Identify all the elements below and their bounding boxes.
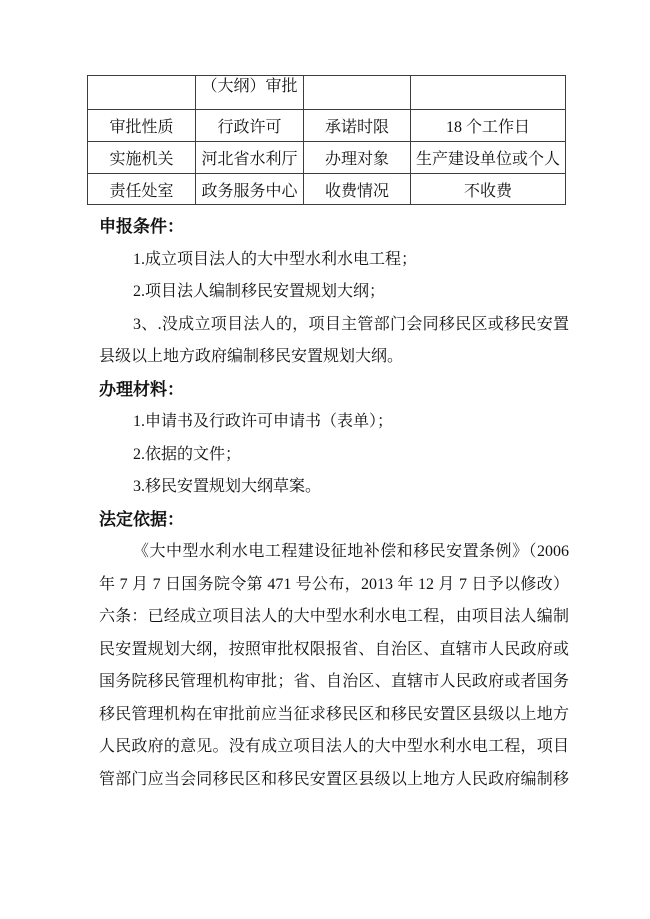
label-fee-status: 收费情况 <box>304 174 411 205</box>
heading-legal-basis: 法定依据： <box>99 504 569 537</box>
legal-basis-line-7: 人民政府的意见。没有成立项目法人的大中型水利水电工程，项目主 <box>99 731 569 764</box>
document-page: （大纲）审批 审批性质 行政许可 承诺时限 18 个工作日 实施机关 河北省水利… <box>0 0 650 919</box>
condition-item-1: 1.成立项目法人的大中型水利水电工程； <box>99 244 569 277</box>
cell-empty <box>304 76 411 110</box>
value-promised-time-limit: 18 个工作日 <box>411 110 566 142</box>
material-item-3: 3.移民安置规划大纲草案。 <box>99 471 569 504</box>
label-approval-nature: 审批性质 <box>88 110 196 142</box>
material-item-2: 2.依据的文件； <box>99 439 569 472</box>
label-implementing-agency: 实施机关 <box>88 142 196 174</box>
condition-item-3-line-1: 3、.没成立项目法人的，项目主管部门会同移民区或移民安置区 <box>99 309 569 342</box>
table-row-responsible-office: 责任处室 政务服务中心 收费情况 不收费 <box>88 174 566 205</box>
legal-basis-line-6: 移民管理机构在审批前应当征求移民区和移民安置区县级以上地方 <box>99 699 569 732</box>
legal-basis-line-2: 年 7 月 7 日国务院令第 471 号公布，2013 年 12 月 7 日予以… <box>99 569 569 602</box>
label-promised-time-limit: 承诺时限 <box>304 110 411 142</box>
table-row-approval-nature: 审批性质 行政许可 承诺时限 18 个工作日 <box>88 110 566 142</box>
legal-basis-line-1: 《大中型水利水电工程建设征地补偿和移民安置条例》（2006 <box>99 536 569 569</box>
value-implementing-agency: 河北省水利厅 <box>196 142 304 174</box>
legal-basis-line-8: 管部门应当会同移民区和移民安置区县级以上地方人民政府编制移 <box>99 764 569 797</box>
cell-empty <box>411 76 566 110</box>
material-item-1: 1.申请书及行政许可申请书（表单）； <box>99 406 569 439</box>
value-approval-nature: 行政许可 <box>196 110 304 142</box>
value-fee-status: 不收费 <box>411 174 566 205</box>
condition-item-3-line-2: 县级以上地方政府编制移民安置规划大纲。 <box>99 341 569 374</box>
legal-basis-line-3: 六条：已经成立项目法人的大中型水利水电工程，由项目法人编制移 <box>99 601 569 634</box>
table-row-implementing-agency: 实施机关 河北省水利厅 办理对象 生产建设单位或个人 <box>88 142 566 174</box>
heading-application-conditions: 申报条件： <box>99 211 569 244</box>
value-responsible-office: 政务服务中心 <box>196 174 304 205</box>
label-service-target: 办理对象 <box>304 142 411 174</box>
approval-info-table: （大纲）审批 审批性质 行政许可 承诺时限 18 个工作日 实施机关 河北省水利… <box>87 75 566 205</box>
table-row-item-name: （大纲）审批 <box>88 76 566 110</box>
condition-item-2: 2.项目法人编制移民安置规划大纲； <box>99 276 569 309</box>
legal-basis-line-5: 国务院移民管理机构审批；省、自治区、直辖市人民政府或者国务院 <box>99 666 569 699</box>
document-body: 申报条件： 1.成立项目法人的大中型水利水电工程； 2.项目法人编制移民安置规划… <box>99 211 569 796</box>
legal-basis-line-4: 民安置规划大纲，按照审批权限报省、自治区、直辖市人民政府或者 <box>99 634 569 667</box>
cell-item-name-continuation: （大纲）审批 <box>196 76 304 110</box>
value-service-target: 生产建设单位或个人 <box>411 142 566 174</box>
heading-required-materials: 办理材料： <box>99 374 569 407</box>
label-responsible-office: 责任处室 <box>88 174 196 205</box>
cell-empty <box>88 76 196 110</box>
